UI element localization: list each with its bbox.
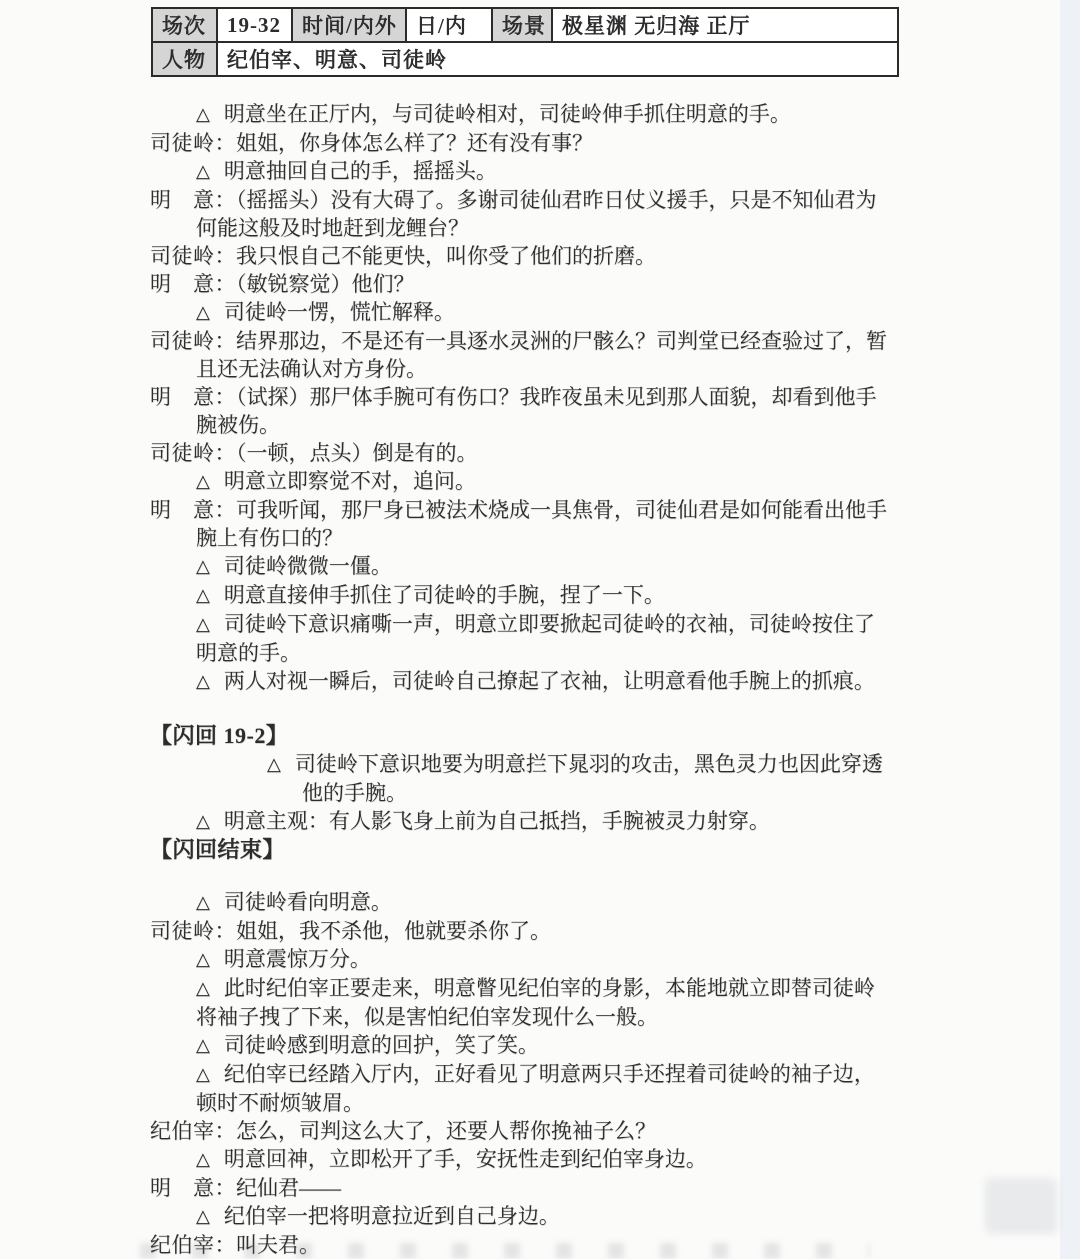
script-page: 场次19-32时间/内外日/内场景极星渊 无归海 正厅人物纪伯宰、明意、司徒岭 … (0, 0, 1080, 1259)
action-marker-triangle-icon: △ (196, 471, 210, 491)
action-text: 明意立即察觉不对，追问。 (224, 469, 476, 493)
speaker-name: 司徒岭： (150, 244, 236, 268)
action-text: 明意回神，立即松开了手，安抚性走到纪伯宰身边。 (224, 1147, 707, 1171)
speaker-name: 纪伯宰： (150, 1119, 236, 1143)
scene-table-row: 人物纪伯宰、明意、司徒岭 (152, 42, 898, 76)
scene-table-header-cell: 场景 (492, 8, 552, 42)
action-marker-triangle-icon: △ (196, 892, 210, 912)
script-line-action: △明意回神，立即松开了手，安抚性走到纪伯宰身边。 (150, 1145, 895, 1174)
dialogue-text: （摇摇头）没有大碍了。多谢司徒仙君昨日仗义援手，只是不知仙君为何能这般及时地赶到… (196, 188, 877, 240)
action-marker-triangle-icon: △ (196, 1149, 210, 1169)
action-marker-triangle-icon: △ (196, 978, 210, 998)
action-text: 明意坐在正厅内，与司徒岭相对，司徒岭伸手抓住明意的手。 (224, 102, 791, 126)
speaker-name: 司徒岭： (150, 919, 236, 943)
script-line-dialogue: 明 意：（试探）那尸体手腕可有伤口？我昨夜虽未见到那人面貌，却看到他手腕被伤。 (150, 383, 895, 439)
scan-smudge-corner (985, 1178, 1057, 1234)
script-line-dialogue: 纪伯宰：怎么，司判这么大了，还要人帮你挽袖子么？ (150, 1117, 895, 1145)
script-line-action: △两人对视一瞬后，司徒岭自己撩起了衣袖，让明意看他手腕上的抓痕。 (150, 667, 895, 696)
scene-info-table: 场次19-32时间/内外日/内场景极星渊 无归海 正厅人物纪伯宰、明意、司徒岭 (151, 7, 899, 77)
speaker-name: 明 意： (150, 188, 236, 212)
dialogue-text: 姐姐，你身体怎么样了？还有没有事？ (236, 131, 593, 155)
action-marker-triangle-icon: △ (196, 104, 210, 124)
script-line-dialogue: 明 意：可我听闻，那尸身已被法术烧成一具焦骨，司徒仙君是如何能看出他手腕上有伤口… (150, 496, 895, 552)
action-marker-triangle-icon: △ (196, 1064, 210, 1084)
action-text: 明意主观：有人影飞身上前为自己抵挡，手腕被灵力射穿。 (224, 809, 770, 833)
scene-table-value-cell: 极星渊 无归海 正厅 (552, 8, 898, 42)
speaker-name: 司徒岭： (150, 131, 236, 155)
script-line-dialogue: 明 意：纪仙君—— (150, 1174, 895, 1202)
scene-table-value-cell: 日/内 (406, 8, 492, 42)
script-line-dialogue: 司徒岭：结界那边，不是还有一具逐水灵洲的尸骸么？司判堂已经查验过了，暂且还无法确… (150, 327, 895, 383)
action-marker-triangle-icon: △ (196, 556, 210, 576)
scan-smudge-bottom (140, 1243, 870, 1259)
script-line-dialogue: 司徒岭：我只恨自己不能更快，叫你受了他们的折磨。 (150, 242, 895, 270)
script-line-action: △明意震惊万分。 (150, 945, 895, 974)
script-line-dialogue: 明 意：（摇摇头）没有大碍了。多谢司徒仙君昨日仗义援手，只是不知仙君为何能这般及… (150, 186, 895, 242)
scene-table-value-cell: 纪伯宰、明意、司徒岭 (217, 42, 898, 76)
script-line-action: △司徒岭感到明意的回护，笑了笑。 (150, 1031, 895, 1060)
speaker-name: 明 意： (150, 1176, 236, 1200)
script-heading-flashback-end: 【闪回结束】 (150, 836, 895, 864)
dialogue-text: 姐姐，我不杀他，他就要杀你了。 (236, 919, 551, 943)
script-line-action: △明意抽回自己的手，摇摇头。 (150, 157, 895, 186)
action-text: 纪伯宰一把将明意拉近到自己身边。 (224, 1204, 560, 1228)
speaker-name: 司徒岭： (150, 441, 236, 465)
script-line-dialogue: 司徒岭：姐姐，我不杀他，他就要杀你了。 (150, 917, 895, 945)
speaker-name: 司徒岭： (150, 329, 236, 353)
dialogue-text: 怎么，司判这么大了，还要人帮你挽袖子么？ (236, 1119, 656, 1143)
script-line-action: △司徒岭下意识地要为明意拦下晁羽的攻击，黑色灵力也因此穿透他的手腕。 (150, 750, 895, 807)
script-line-dialogue: 明 意：（敏锐察觉）他们？ (150, 270, 895, 298)
action-text: 司徒岭一愣，慌忙解释。 (224, 300, 455, 324)
scene-table-header-cell: 人物 (152, 42, 217, 76)
action-marker-triangle-icon: △ (196, 811, 210, 831)
script-line-dialogue: 司徒岭：（一顿，点头）倒是有的。 (150, 439, 895, 467)
dialogue-text: 结界那边，不是还有一具逐水灵洲的尸骸么？司判堂已经查验过了，暂且还无法确认对方身… (196, 329, 887, 381)
dialogue-text: 我只恨自己不能更快，叫你受了他们的折磨。 (236, 244, 656, 268)
dialogue-text: 可我听闻，那尸身已被法术烧成一具焦骨，司徒仙君是如何能看出他手腕上有伤口的？ (196, 498, 887, 550)
action-text: 明意震惊万分。 (224, 947, 371, 971)
script-line-action: △明意直接伸手抓住了司徒岭的手腕，捏了一下。 (150, 581, 895, 610)
action-marker-triangle-icon: △ (196, 671, 210, 691)
dialogue-text: （试探）那尸体手腕可有伤口？我昨夜虽未见到那人面貌，却看到他手腕被伤。 (196, 385, 877, 437)
action-text: 司徒岭微微一僵。 (224, 554, 392, 578)
dialogue-text: 纪仙君—— (236, 1176, 341, 1200)
action-text: 司徒岭看向明意。 (224, 890, 392, 914)
action-marker-triangle-icon: △ (196, 949, 210, 969)
action-marker-triangle-icon: △ (196, 161, 210, 181)
script-line-action: △司徒岭一愣，慌忙解释。 (150, 298, 895, 327)
action-marker-triangle-icon: △ (196, 1035, 210, 1055)
scan-edge-strip (1060, 0, 1080, 1259)
speaker-name: 明 意： (150, 498, 236, 522)
action-text: 明意直接伸手抓住了司徒岭的手腕，捏了一下。 (224, 583, 665, 607)
scene-table-row: 场次19-32时间/内外日/内场景极星渊 无归海 正厅 (152, 8, 898, 42)
script-line-action: △明意坐在正厅内，与司徒岭相对，司徒岭伸手抓住明意的手。 (150, 100, 895, 129)
action-text: 纪伯宰已经踏入厅内，正好看见了明意两只手还捏着司徒岭的袖子边，顿时不耐烦皱眉。 (196, 1062, 875, 1115)
dialogue-text: （敏锐察觉）他们？ (236, 272, 415, 296)
script-line-action: △纪伯宰一把将明意拉近到自己身边。 (150, 1202, 895, 1231)
script-heading-flashback-start: 【闪回 19-2】 (150, 722, 895, 750)
action-text: 两人对视一瞬后，司徒岭自己撩起了衣袖，让明意看他手腕上的抓痕。 (224, 669, 875, 693)
dialogue-text: （一顿，点头）倒是有的。 (236, 441, 478, 465)
action-marker-triangle-icon: △ (267, 754, 281, 774)
scene-table-value-cell: 19-32 (217, 8, 292, 42)
script-line-action: △明意立即察觉不对，追问。 (150, 467, 895, 496)
scene-table-header-cell: 时间/内外 (292, 8, 406, 42)
speaker-name: 明 意： (150, 272, 236, 296)
action-text: 司徒岭下意识地要为明意拦下晁羽的攻击，黑色灵力也因此穿透他的手腕。 (295, 752, 883, 805)
script-line-action: △纪伯宰已经踏入厅内，正好看见了明意两只手还捏着司徒岭的袖子边，顿时不耐烦皱眉。 (150, 1060, 895, 1117)
speaker-name: 明 意： (150, 385, 236, 409)
script-line-action: △司徒岭看向明意。 (150, 888, 895, 917)
script-line-action: △明意主观：有人影飞身上前为自己抵挡，手腕被灵力射穿。 (150, 807, 895, 836)
script-line-action: △司徒岭下意识痛嘶一声，明意立即要掀起司徒岭的衣袖，司徒岭按住了明意的手。 (150, 610, 895, 667)
action-marker-triangle-icon: △ (196, 585, 210, 605)
script-body: △明意坐在正厅内，与司徒岭相对，司徒岭伸手抓住明意的手。司徒岭：姐姐，你身体怎么… (150, 100, 895, 1259)
script-line-dialogue: 司徒岭：姐姐，你身体怎么样了？还有没有事？ (150, 129, 895, 157)
action-marker-triangle-icon: △ (196, 302, 210, 322)
action-text: 司徒岭下意识痛嘶一声，明意立即要掀起司徒岭的衣袖，司徒岭按住了明意的手。 (196, 612, 875, 665)
script-line-action: △此时纪伯宰正要走来，明意瞥见纪伯宰的身影，本能地就立即替司徒岭将袖子拽了下来，… (150, 974, 895, 1031)
scene-table-header-cell: 场次 (152, 8, 217, 42)
script-line-action: △司徒岭微微一僵。 (150, 552, 895, 581)
action-text: 明意抽回自己的手，摇摇头。 (224, 159, 497, 183)
action-marker-triangle-icon: △ (196, 614, 210, 634)
action-text: 此时纪伯宰正要走来，明意瞥见纪伯宰的身影，本能地就立即替司徒岭将袖子拽了下来，似… (196, 976, 875, 1029)
action-marker-triangle-icon: △ (196, 1206, 210, 1226)
action-text: 司徒岭感到明意的回护，笑了笑。 (224, 1033, 539, 1057)
scene-info-table-body: 场次19-32时间/内外日/内场景极星渊 无归海 正厅人物纪伯宰、明意、司徒岭 (152, 8, 898, 76)
